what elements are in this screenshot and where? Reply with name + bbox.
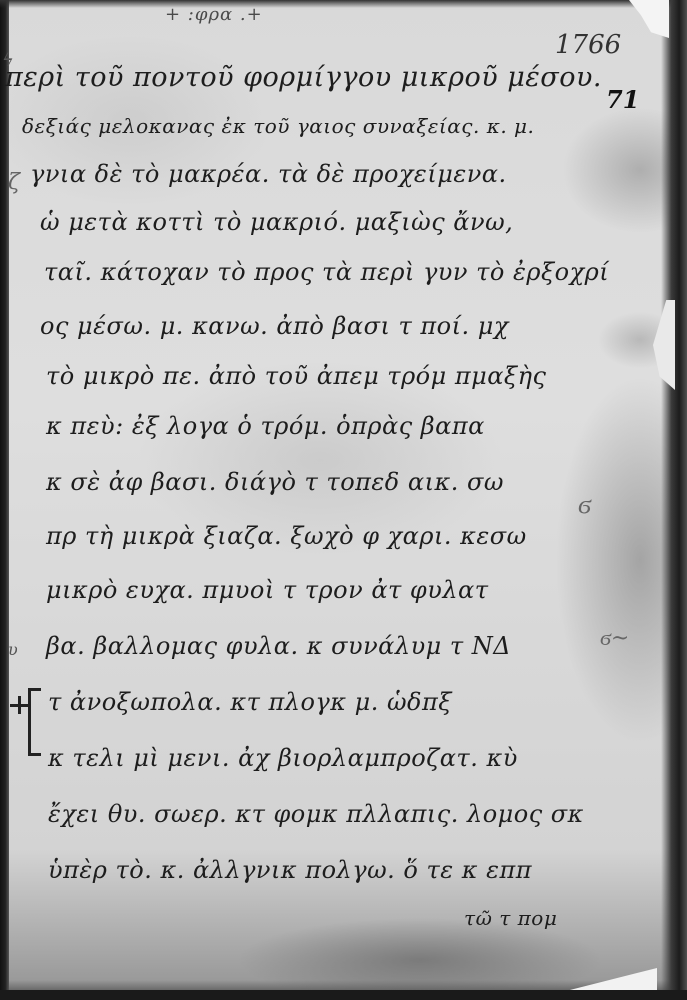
marginal-note: ϟ — [2, 50, 14, 71]
marginal-note: υ — [8, 640, 18, 659]
marginal-note: ζ — [8, 170, 20, 195]
text-line: ταῖ. κάτοχαν τὸ προς τὰ περὶ γυν τὸ ἐρξο… — [44, 258, 609, 286]
manuscript-page: + :φρα .+ 1766 71 περὶ τοῦ ποντοῦ φορμίγ… — [0, 0, 687, 1000]
marginal-note: ϭ~ — [600, 625, 629, 651]
text-line: βα. βαλλομας φυλα. κ συνάλυμ τ ΝΔ — [46, 632, 511, 660]
text-line: ἔχει θυ. σωερ. κτ φομκ πλλαπις. λομος σκ — [48, 800, 584, 828]
text-line: κ τελι μὶ μενι. ἀχ βιορλαμπροζατ. κὺ — [48, 744, 518, 772]
text-line: ὡ μετὰ κοττὶ τὸ μακριό. μαξιὼς ἄνω, — [40, 208, 513, 236]
marginal-note: ϭ — [578, 490, 591, 520]
text-line: ὑπὲρ τὸ. κ. ἀλλγνικ πολγω. ὅ τε κ εππ — [48, 856, 532, 884]
text-line: μικρὸ ευχα. πμυοὶ τ τρον ἀτ φυλατ — [46, 576, 489, 604]
text-line: κ πεὺ: ἐξ λογα ὁ τρόμ. ὁπρὰς βαπα — [46, 412, 485, 440]
text-line: τὸ μικρὸ πε. ἀπὸ τοῦ ἀπεμ τρόμ πμαξὴς — [46, 362, 546, 390]
text-line: τ ἀνοξωπολα. κτ πλογκ μ. ὡδπξ — [48, 688, 452, 716]
text-line: ος μέσω. μ. κανω. ἀπὸ βασι τ ποί. μχ — [40, 312, 509, 340]
margin-bracket-cross-icon — [18, 696, 21, 714]
text-line: κ σὲ ἀφ βασι. διάγὸ τ τοπεδ αικ. σω — [46, 468, 504, 496]
text-line-title: περὶ τοῦ ποντοῦ φορμίγγου μικροῦ μέσου. — [5, 62, 602, 93]
margin-bracket — [28, 688, 41, 756]
text-line: πρ τὴ μικρὰ ξιαζα. ξωχὸ φ χαρι. κεσω — [46, 522, 527, 550]
text-line: γνια δὲ τὸ μακρέα. τὰ δὲ προχείμενα. — [30, 160, 507, 188]
text-line-catchword: τῶ τ πομ — [464, 906, 557, 930]
text-line: δεξιάς μελοκανας ἐκ τοῦ γαιος συναξείας.… — [22, 114, 534, 138]
